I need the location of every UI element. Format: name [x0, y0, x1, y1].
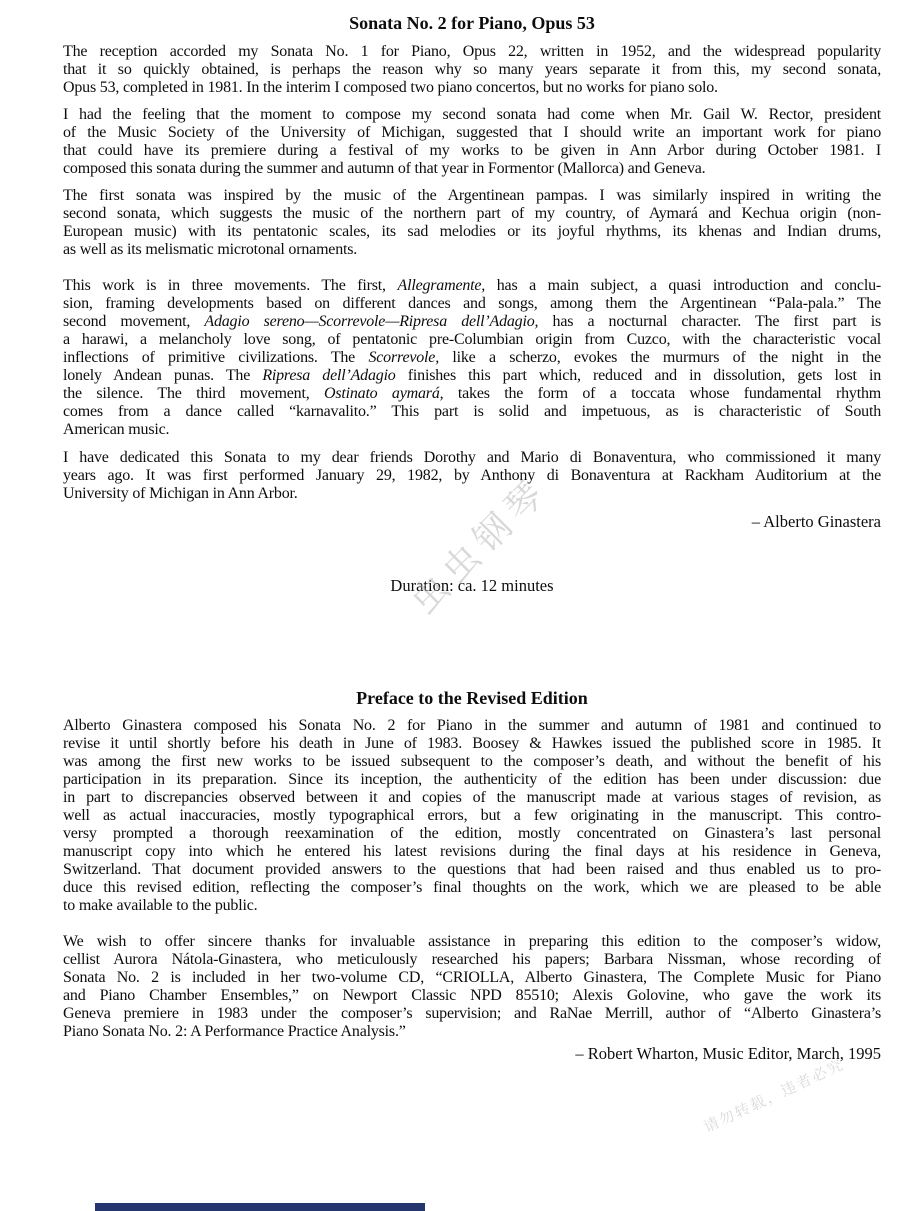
text-line: Piano Sonata No. 2: A Performance Practi…: [63, 1023, 881, 1041]
text-line: Alberto Ginastera composed his Sonata No…: [63, 717, 881, 735]
paragraph: I had the feeling that the moment to com…: [63, 106, 881, 178]
text-line: a harawi, a melancholy love song, of pen…: [63, 331, 881, 349]
text-line: Opus 53, completed in 1981. In the inter…: [63, 79, 881, 97]
text-line: years ago. It was first performed Januar…: [63, 467, 881, 485]
text-line: cellist Aurora Nátola-Ginastera, who met…: [63, 951, 881, 969]
paragraph: The reception accorded my Sonata No. 1 f…: [63, 43, 881, 97]
text-line: sion, framing developments based on diff…: [63, 295, 881, 313]
paragraph: This work is in three movements. The fir…: [63, 277, 881, 439]
text-line: Sonata No. 2 is included in her two-volu…: [63, 969, 881, 987]
text-line: European music) with its pentatonic scal…: [63, 223, 881, 241]
scan-edge-bar: [95, 1203, 425, 1211]
text-line: that it so quickly obtained, is perhaps …: [63, 61, 881, 79]
text-line: the silence. The third movement, Ostinat…: [63, 385, 881, 403]
text-line: Switzerland. That document provided answ…: [63, 861, 881, 879]
author-signature: – Alberto Ginastera: [63, 513, 881, 531]
text-line: The reception accorded my Sonata No. 1 f…: [63, 43, 881, 61]
text-line: that could have its premiere during a fe…: [63, 142, 881, 160]
text-line: of the Music Society of the University o…: [63, 124, 881, 142]
text-line: versy prompted a thorough reexamination …: [63, 825, 881, 843]
paragraph: I have dedicated this Sonata to my dear …: [63, 449, 881, 503]
text-line: composed this sonata during the summer a…: [63, 160, 881, 178]
text-line: American music.: [63, 421, 881, 439]
text-line: I have dedicated this Sonata to my dear …: [63, 449, 881, 467]
text-line: We wish to offer sincere thanks for inva…: [63, 933, 881, 951]
paragraph: We wish to offer sincere thanks for inva…: [63, 933, 881, 1041]
text-line: lonely Andean punas. The Ripresa dell’Ad…: [63, 367, 881, 385]
text-line: well as actual inaccuracies, mostly typo…: [63, 807, 881, 825]
text-line: and Piano Chamber Ensembles,” on Newport…: [63, 987, 881, 1005]
watermark-bottom-right: 请勿转载，违者必究: [700, 1053, 848, 1137]
paragraph: The first sonata was inspired by the mus…: [63, 187, 881, 259]
text-line: The first sonata was inspired by the mus…: [63, 187, 881, 205]
text-line: comes from a dance called “karnavalito.”…: [63, 403, 881, 421]
paragraph: Alberto Ginastera composed his Sonata No…: [63, 717, 881, 915]
text-line: was among the first new works to be issu…: [63, 753, 881, 771]
page-content: Sonata No. 2 for Piano, Opus 53 The rece…: [63, 13, 881, 1063]
text-line: second movement, Adagio sereno—Scorrevol…: [63, 313, 881, 331]
duration-note: Duration: ca. 12 minutes: [63, 577, 881, 595]
text-line: second sonata, which suggests the music …: [63, 205, 881, 223]
text-line: participation in its preparation. Since …: [63, 771, 881, 789]
text-line: revise it until shortly before his death…: [63, 735, 881, 753]
document-page: Sonata No. 2 for Piano, Opus 53 The rece…: [0, 0, 906, 1211]
text-line: manuscript copy into which he entered hi…: [63, 843, 881, 861]
text-line: in part to discrepancies observed betwee…: [63, 789, 881, 807]
editor-signature: – Robert Wharton, Music Editor, March, 1…: [63, 1045, 881, 1063]
program-note-title: Sonata No. 2 for Piano, Opus 53: [63, 13, 881, 34]
preface-title: Preface to the Revised Edition: [63, 688, 881, 709]
text-line: as well as its melismatic microtonal orn…: [63, 241, 881, 259]
text-line: This work is in three movements. The fir…: [63, 277, 881, 295]
text-line: duce this revised edition, reflecting th…: [63, 879, 881, 897]
text-line: Geneva premiere in 1983 under the compos…: [63, 1005, 881, 1023]
text-line: inflections of primitive civilizations. …: [63, 349, 881, 367]
text-line: University of Michigan in Ann Arbor.: [63, 485, 881, 503]
text-line: I had the feeling that the moment to com…: [63, 106, 881, 124]
text-line: to make available to the public.: [63, 897, 881, 915]
